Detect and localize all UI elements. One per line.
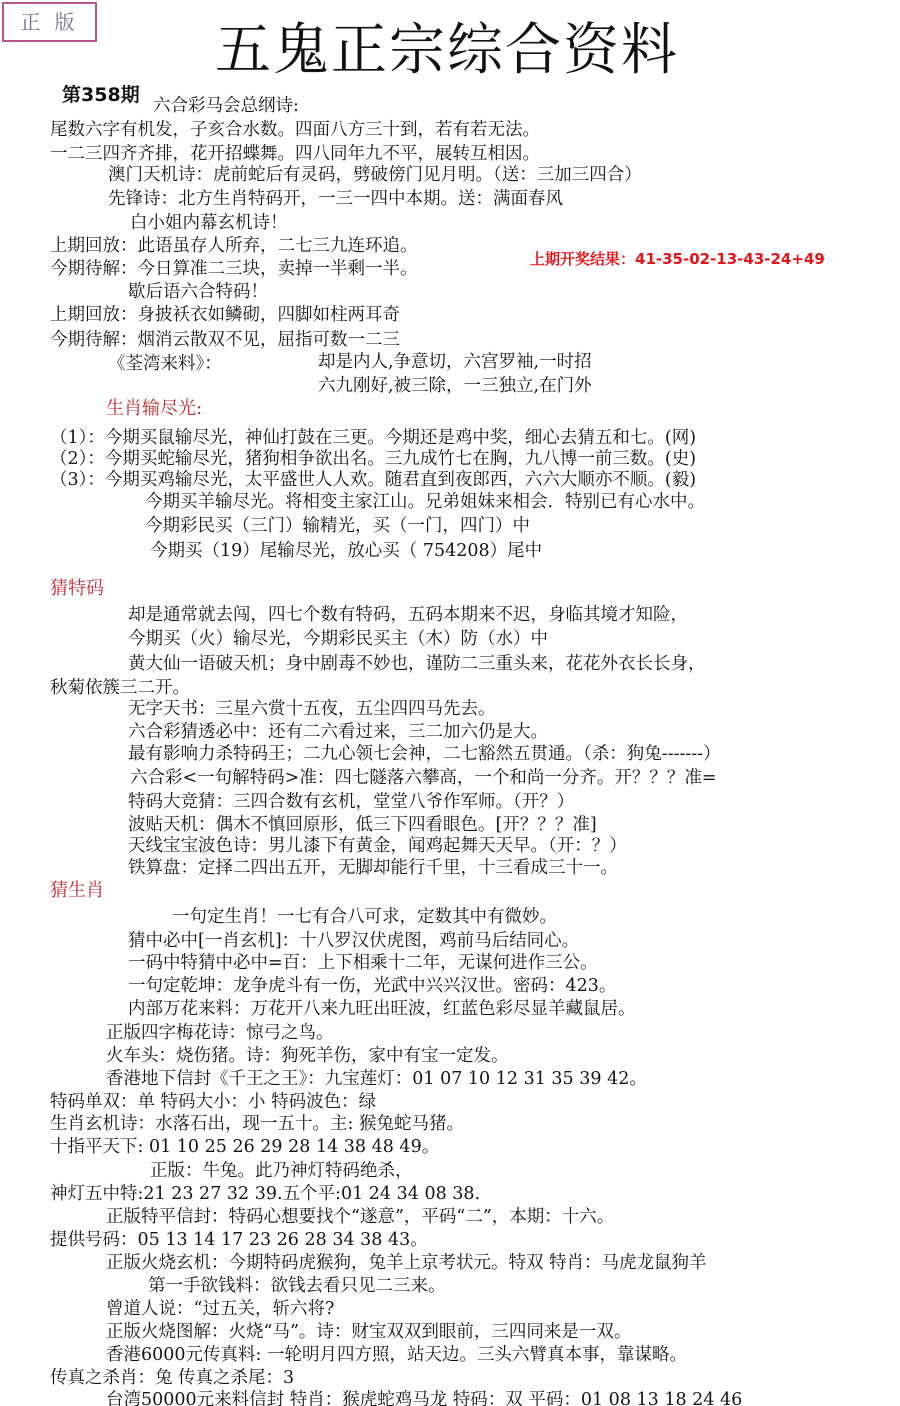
text-line: 正版四字梅花诗：惊弓之鸟。 (106, 1022, 334, 1044)
text-line: 正版：牛兔。此乃神灯特码绝杀， (150, 1160, 413, 1182)
text-line: 今期买（19）尾输尽光，放心买（ 754208）尾中 (150, 540, 542, 562)
last-draw-result: 上期开奖结果：41-35-02-13-43-24+49 (530, 248, 825, 269)
text-line: 六合彩<一句解特码>准：四七隧落六攀高，一个和尚一分齐。开？？？准= (130, 767, 717, 789)
text-line: 一句定乾坤：龙争虎斗有一伤，光武中兴兴汉世。密码：423。 (128, 975, 616, 997)
text-line: 白小姐内幕玄机诗！ (130, 212, 288, 234)
text-line: 猜中必中[一肖玄机]：十八罗汉伏虎图，鸡前马后结同心。 (128, 930, 579, 952)
text-line: 香港6000元传真料: 一轮明月四方照，站天边。三头六臂真本事，靠谋略。 (106, 1344, 687, 1366)
text-line: 六九刚好,被三除，一三独立,在门外 (318, 375, 592, 397)
text-line: 火车头：烧伤猪。诗：狗死羊伤，家中有宝一定发。 (106, 1045, 509, 1067)
text-line: 今期待解：烟消云散双不见，屈指可数一二三 (50, 329, 400, 351)
text-line: 六合彩马会总纲诗: (153, 95, 299, 117)
text-line: 正版火烧图解：火烧“马”。诗：财宝双双到眼前，三四同来是一双。 (106, 1321, 631, 1343)
text-line: 黄大仙一语破天机；身中剧毒不妙也，谨防二三重头来，花花外衣长长身， (128, 653, 706, 675)
text-line: （1）：今期买鼠输尽光，神仙打鼓在三更。今期还是鸡中奖，细心去猜五和七。(网) (50, 427, 696, 449)
text-line: 今期彩民买（三门）输精光，买（一门，四门）中 (145, 515, 530, 537)
text-line: 第一手欲钱料：欲钱去看只见二三来。 (148, 1275, 446, 1297)
text-line: 台湾50000元来料信封 特肖：猴虎蛇鸡马龙 特码：双 平码：01 08 13 … (106, 1389, 742, 1406)
genuine-stamp: 正 版 (2, 2, 97, 42)
text-line: 上期回放：身披袄衣如鳞砌，四脚如柱两耳奇 (50, 304, 400, 326)
section-heading: 生肖输尽光: (106, 398, 202, 420)
text-line: 生肖玄机诗：水落石出，现一五十。主: 猴兔蛇马猪。 (50, 1113, 464, 1135)
text-line: 一句定生肖！一七有合八可求，定数其中有微妙。 (172, 906, 557, 928)
text-line: 一码中特猜中必中=百：上下相乘十二年，无谋何进作三公。 (128, 952, 598, 974)
text-line: 上期回放：此语虽存人所弃，二七三九连环追。 (50, 235, 418, 257)
text-line: 正版特平信封：特码心想要找个“遂意”，平码“二”，本期：十六。 (106, 1206, 614, 1228)
text-line: 六合彩猜透必中：还有二六看过来，三二加六仍是大。 (128, 721, 548, 743)
text-line: 尾数六字有机发，子亥合水数。四面八方三十到，若有若无法。 (50, 119, 540, 141)
section-heading: 猜生肖 (50, 880, 104, 902)
text-line: 无字天书：三星六赏十五夜，五尘四四马先去。 (128, 698, 496, 720)
text-line: 澳门天机诗：虎前蛇后有灵码，劈破傍门见月明。（送：三加三四合） (108, 164, 642, 186)
text-line: 今期待解：今日算准二三块，卖掉一半剩一半。 (50, 258, 418, 280)
text-line: 却是通常就去闯，四七个数有特码，五码本期来不迟，身临其境才知险， (128, 604, 688, 626)
text-line: 最有影响力杀特码王；二九心领七会神，二七豁然五贯通。（杀：狗兔-------） (128, 743, 721, 765)
text-line: 曾道人说：“过五关，斩六将? (106, 1298, 334, 1320)
text-line: 秋菊依簇三二开。 (50, 677, 190, 699)
text-line: 正版火烧玄机：今期特码虎猴狗，兔羊上京考状元。特双 特肖：马虎龙鼠狗羊 (106, 1252, 707, 1274)
text-line: 今期买（火）输尽光，今期彩民买主（木）防（水）中 (128, 628, 548, 650)
text-line: 一二三四齐齐排，花开招蝶舞。四八同年九不平，展转互相因。 (50, 143, 540, 165)
text-line: 波贴天机：偶木不慎回原形，低三下四看眼色。[开？？？准] (128, 814, 597, 836)
section-heading: 猜特码 (50, 578, 104, 600)
text-line: 今期买羊输尽光。将相变主家江山。兄弟姐妹来相会．特别已有心水中。 (145, 491, 705, 513)
text-line: 先锋诗：北方生肖特码开，一三一四中本期。送：满面春风 (108, 188, 563, 210)
text-line: （2）：今期买蛇输尽光，猪狗相争欲出名。三九成竹七在胸，九八博一前三数。(史) (50, 448, 696, 470)
text-line: 天线宝宝波色诗：男儿漆下有黄金，闻鸡起舞天天早。（开：？） (128, 835, 627, 857)
text-line: 香港地下信封《千王之王》：九宝莲灯：01 07 10 12 31 35 39 4… (106, 1068, 647, 1090)
text-line: 特码单双：单 特码大小：小 特码波色：绿 (50, 1091, 376, 1113)
text-line: 传真之杀肖：兔 传真之杀尾：3 (50, 1367, 294, 1389)
text-line: 铁算盘：定择二四出五开，无脚却能行千里，十三看成三十一。 (128, 857, 618, 879)
text-line: 特码大竞猜：三四合数有玄机，堂堂八爷作军师。（开？） (128, 791, 574, 813)
text-line: 歇后语六合特码！ (128, 281, 268, 303)
text-line: 十指平天下: 01 10 25 26 29 28 14 38 48 49。 (50, 1136, 439, 1158)
text-line: 提供号码：05 13 14 17 23 26 28 34 38 43。 (50, 1229, 428, 1251)
text-line: 却是内人,争意切，六宫罗袖,一时招 (318, 351, 592, 373)
text-line: （3）：今期买鸡输尽光，太平盛世人人欢。随君直到夜郎西，六六大顺亦不顺。(毅) (50, 469, 696, 491)
text-line: 内部万花来料：万花开八来九旺出旺波，红蓝色彩尽显羊藏鼠居。 (128, 998, 636, 1020)
page-title: 五鬼正宗综合资料 (215, 16, 679, 86)
issue-number: 第358期 (62, 80, 140, 107)
text-line: 神灯五中特:21 23 27 32 39.五个平:01 24 34 08 38. (50, 1183, 480, 1205)
text-line: 《荃湾来料》： (108, 353, 222, 375)
